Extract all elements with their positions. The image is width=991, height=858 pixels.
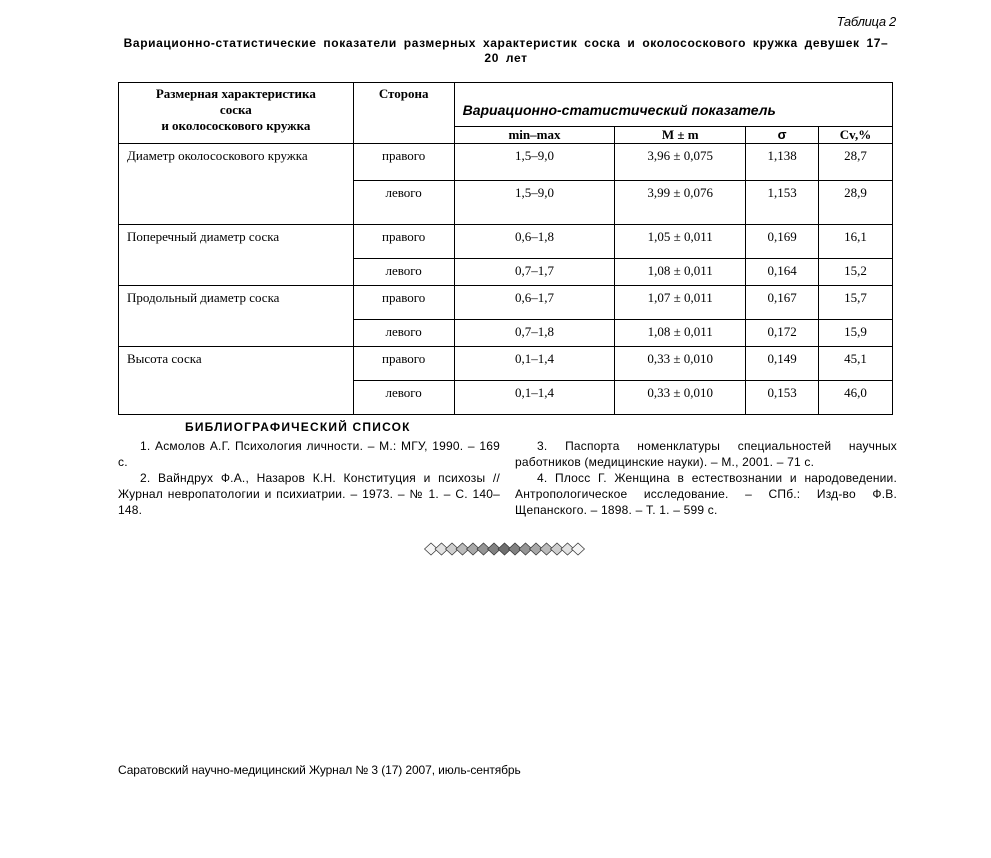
cell-cv: 45,1 xyxy=(819,347,893,381)
cell-side: правого xyxy=(353,347,454,381)
header-sigma: σ xyxy=(746,127,819,144)
header-characteristic: Размерная характеристика соска и околосо… xyxy=(119,83,354,144)
cell-mean: 1,08 ± 0,011 xyxy=(615,259,746,286)
cell-sigma: 0,153 xyxy=(746,381,819,415)
header-cv: Cv,% xyxy=(819,127,893,144)
cell-cv: 16,1 xyxy=(819,225,893,259)
cell-minmax: 1,5–9,0 xyxy=(454,181,615,225)
cell-side: правого xyxy=(353,286,454,320)
cell-cv: 15,7 xyxy=(819,286,893,320)
cell-mean: 1,05 ± 0,011 xyxy=(615,225,746,259)
table-row: Продольный диаметр соскаправого0,6–1,71,… xyxy=(119,286,893,320)
table-row: Высота соскаправого0,1–1,40,33 ± 0,0100,… xyxy=(119,347,893,381)
cell-characteristic: Поперечный диаметр соска xyxy=(119,225,354,286)
journal-footer: Саратовский научно-медицинский Журнал № … xyxy=(118,763,521,777)
cell-side: левого xyxy=(353,320,454,347)
header-side: Сторона xyxy=(353,83,454,144)
header-characteristic-line: и околососкового кружка xyxy=(119,118,353,134)
table-label: Таблица 2 xyxy=(837,14,896,29)
cell-minmax: 0,6–1,8 xyxy=(454,225,615,259)
table-row: Поперечный диаметр соскаправого0,6–1,81,… xyxy=(119,225,893,259)
cell-sigma: 0,169 xyxy=(746,225,819,259)
cell-characteristic: Продольный диаметр соска xyxy=(119,286,354,347)
cell-minmax: 0,7–1,7 xyxy=(454,259,615,286)
cell-side: левого xyxy=(353,381,454,415)
header-mean: M ± m xyxy=(615,127,746,144)
cell-mean: 1,08 ± 0,011 xyxy=(615,320,746,347)
header-characteristic-line: соска xyxy=(119,102,353,118)
cell-mean: 0,33 ± 0,010 xyxy=(615,347,746,381)
cell-minmax: 0,7–1,8 xyxy=(454,320,615,347)
cell-cv: 28,9 xyxy=(819,181,893,225)
cell-mean: 1,07 ± 0,011 xyxy=(615,286,746,320)
bibliography-item: 1. Асмолов А.Г. Психология личности. – М… xyxy=(118,438,500,470)
cell-cv: 46,0 xyxy=(819,381,893,415)
statistics-table: Размерная характеристика соска и околосо… xyxy=(118,82,893,415)
cell-minmax: 0,6–1,7 xyxy=(454,286,615,320)
cell-side: левого xyxy=(353,181,454,225)
cell-mean: 3,96 ± 0,075 xyxy=(615,144,746,181)
cell-cv: 15,2 xyxy=(819,259,893,286)
cell-side: правого xyxy=(353,144,454,181)
bibliography-column-right: 3. Паспорта номенклатуры специальностей … xyxy=(515,438,897,518)
cell-sigma: 1,153 xyxy=(746,181,819,225)
cell-minmax: 1,5–9,0 xyxy=(454,144,615,181)
header-characteristic-line: Размерная характеристика xyxy=(119,86,353,102)
cell-characteristic: Диаметр околососкового кружка xyxy=(119,144,354,225)
cell-minmax: 0,1–1,4 xyxy=(454,347,615,381)
table-caption: Вариационно-статистические показатели ра… xyxy=(118,36,894,66)
cell-side: правого xyxy=(353,225,454,259)
cell-cv: 15,9 xyxy=(819,320,893,347)
cell-sigma: 0,149 xyxy=(746,347,819,381)
diamond-chain-divider-icon xyxy=(422,542,587,556)
bibliography-column-left: 1. Асмолов А.Г. Психология личности. – М… xyxy=(118,438,500,518)
bibliography-item: 3. Паспорта номенклатуры специальностей … xyxy=(515,438,897,470)
cell-mean: 0,33 ± 0,010 xyxy=(615,381,746,415)
cell-sigma: 1,138 xyxy=(746,144,819,181)
bibliography-title: БИБЛИОГРАФИЧЕСКИЙ СПИСОК xyxy=(185,420,411,434)
table-row: Диаметр околососкового кружкаправого1,5–… xyxy=(119,144,893,181)
header-minmax: min–max xyxy=(454,127,615,144)
cell-cv: 28,7 xyxy=(819,144,893,181)
cell-sigma: 0,164 xyxy=(746,259,819,286)
bibliography-item: 4. Плосс Г. Женщина в естествознании и н… xyxy=(515,470,897,518)
cell-side: левого xyxy=(353,259,454,286)
header-group: Вариационно-статистический показатель xyxy=(454,83,892,127)
cell-characteristic: Высота соска xyxy=(119,347,354,415)
cell-minmax: 0,1–1,4 xyxy=(454,381,615,415)
cell-sigma: 0,167 xyxy=(746,286,819,320)
cell-mean: 3,99 ± 0,076 xyxy=(615,181,746,225)
bibliography-item: 2. Вайндрух Ф.А., Назаров К.Н. Конституц… xyxy=(118,470,500,518)
cell-sigma: 0,172 xyxy=(746,320,819,347)
